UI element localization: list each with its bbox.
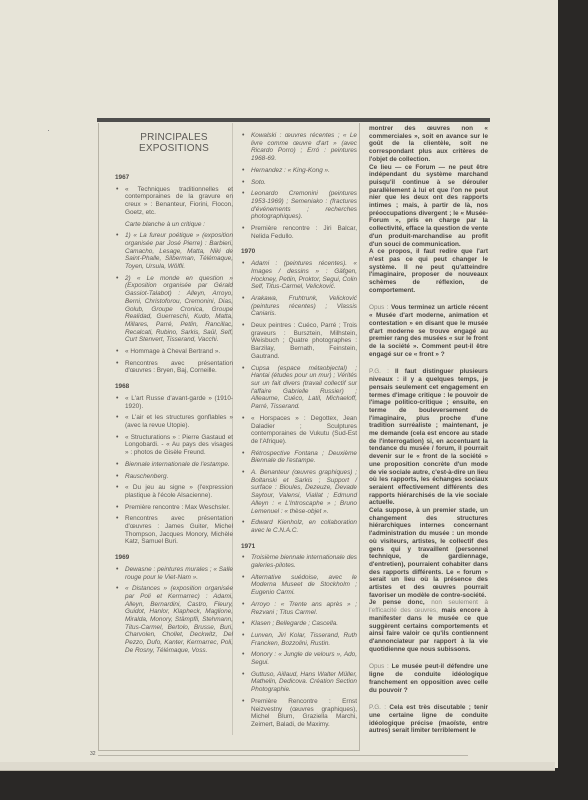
interview-answer: P.G. : Il faut distinguer plusieurs nive… bbox=[369, 368, 488, 507]
list-item: •« L'air et les structures gonflables » … bbox=[115, 414, 233, 429]
list-item: •Rauschenberg. bbox=[115, 473, 233, 481]
list-item: •Monory : « Jungle de velours », Ado, Se… bbox=[241, 651, 357, 666]
section-note: Carte blanche à un critique : bbox=[125, 221, 233, 229]
bullet-icon: • bbox=[242, 698, 244, 706]
list-item: •Leonardo Cremonini (peintures 1953-1969… bbox=[241, 190, 357, 221]
interview-answer: P.G. : Cela est très discutable ; tenir … bbox=[369, 704, 488, 735]
year-heading: 1968 bbox=[115, 383, 233, 391]
list-item: •Biennale internationale de l'estampe. bbox=[115, 461, 233, 469]
year-heading: 1969 bbox=[115, 554, 233, 562]
bullet-icon: • bbox=[242, 574, 244, 582]
list-item: •« Du jeu au signe » (l'expression plast… bbox=[115, 484, 233, 499]
interview-question: Opus : Le musée peut-il défendre une lig… bbox=[369, 663, 488, 694]
speaker-label: Opus : bbox=[369, 663, 389, 670]
bullet-icon: • bbox=[116, 348, 118, 356]
title-line-2: EXPOSITIONS bbox=[115, 143, 233, 154]
year-heading: 1971 bbox=[241, 543, 357, 551]
article-paragraph: Je pense donc, non seulement à l'efficac… bbox=[369, 599, 488, 653]
list-item: •« Distances » (exposition organisée par… bbox=[115, 585, 233, 654]
bullet-icon: • bbox=[116, 461, 118, 469]
bullet-icon: • bbox=[242, 295, 244, 303]
top-rule bbox=[97, 118, 490, 122]
year-heading: 1967 bbox=[115, 174, 233, 182]
article-paragraph: Ce lieu — ce Forum — ne peut être indépe… bbox=[369, 164, 488, 249]
list-item: •Deux peintres : Cuéco, Parré ; Trois gr… bbox=[241, 322, 357, 361]
bullet-icon: • bbox=[116, 434, 118, 442]
sidebar-title: PRINCIPALES EXPOSITIONS bbox=[115, 132, 233, 154]
speaker-label: P.G. : bbox=[369, 368, 389, 375]
bullet-icon: • bbox=[242, 132, 244, 140]
list-item: •Troisième biennale internationale des g… bbox=[241, 554, 357, 569]
bullet-icon: • bbox=[116, 504, 118, 512]
bullet-icon: • bbox=[242, 519, 244, 527]
bullet-icon: • bbox=[242, 554, 244, 562]
list-item: •« L'art Russe d'avant-garde » (1910-192… bbox=[115, 395, 233, 410]
bullet-icon: • bbox=[116, 515, 118, 523]
list-item: •Klasen ; Bellegarde ; Cascella. bbox=[241, 620, 357, 628]
bullet-icon: • bbox=[116, 275, 118, 283]
list-item: •Edward Kienholz, en collaboration avec … bbox=[241, 519, 357, 534]
bullet-icon: • bbox=[116, 484, 118, 492]
list-item: •Dewasne : peintures murales ; « Salle r… bbox=[115, 566, 233, 581]
list-item: •« Structurations » : Pierre Gastaud et … bbox=[115, 434, 233, 457]
interview-question: Opus : Vous terminez un article récent «… bbox=[369, 304, 488, 358]
list-item: •« Hommage à Cheval Bertrand ». bbox=[115, 348, 233, 356]
bullet-icon: • bbox=[116, 566, 118, 574]
bullet-icon: • bbox=[242, 365, 244, 373]
list-item: •A. Benanteur (œuvres graphiques) ; Bolt… bbox=[241, 469, 357, 515]
bullet-icon: • bbox=[116, 414, 118, 422]
sidebar-column-1: PRINCIPALES EXPOSITIONS 1967 •« Techniqu… bbox=[115, 132, 233, 659]
bullet-icon: • bbox=[242, 415, 244, 423]
title-line-1: PRINCIPALES bbox=[115, 132, 233, 143]
list-item: •Arroyo : « Trente ans après » ; Rezvani… bbox=[241, 601, 357, 616]
bullet-icon: • bbox=[116, 232, 118, 240]
bullet-icon: • bbox=[116, 473, 118, 481]
bullet-icon: • bbox=[242, 322, 244, 330]
sidebar-column-2: •Kowalski : œuvres récentes ; « Le livre… bbox=[241, 132, 357, 733]
bullet-icon: • bbox=[116, 186, 118, 194]
list-item: •2) « Le monde en question » (Exposition… bbox=[115, 275, 233, 344]
magazine-page: PRINCIPALES EXPOSITIONS 1967 •« Techniqu… bbox=[0, 0, 558, 768]
article-paragraph: Cela suppose, à un premier stade, un cha… bbox=[369, 507, 488, 599]
page-bottom-edge bbox=[0, 762, 555, 771]
list-item: •Rétrospective Fontana ; Deuxième Bienna… bbox=[241, 450, 357, 465]
bullet-icon: • bbox=[242, 620, 244, 628]
list-item: •Hernandez : « King-Kong ». bbox=[241, 167, 357, 175]
page-number: 32 bbox=[90, 751, 96, 757]
bullet-icon: • bbox=[242, 632, 244, 640]
bullet-icon: • bbox=[242, 190, 244, 198]
speaker-label: Opus : bbox=[369, 304, 389, 311]
bullet-icon: • bbox=[116, 585, 118, 593]
list-item: •Lunven, Jiri Kolar, Tisserand, Ruth Fra… bbox=[241, 632, 357, 647]
bullet-icon: • bbox=[242, 260, 244, 268]
bullet-icon: • bbox=[116, 360, 118, 368]
speaker-label: P.G. : bbox=[369, 704, 386, 711]
page-speck bbox=[48, 130, 49, 131]
list-item: •Cupsa (espace métaobjectal) ; Hantai (é… bbox=[241, 365, 357, 411]
bullet-icon: • bbox=[242, 167, 244, 175]
list-item: •Rencontres avec présentation d'œuvres :… bbox=[115, 515, 233, 546]
list-item: •Première Rencontre : Ernst Neizvestny (… bbox=[241, 698, 357, 729]
bullet-icon: • bbox=[242, 179, 244, 187]
bullet-icon: • bbox=[242, 651, 244, 659]
list-item: •Première rencontre : Max Weschsler. bbox=[115, 504, 233, 512]
list-item: •Guttuso, Aillaud, Hans Walter Müller, M… bbox=[241, 671, 357, 694]
list-item: •Rencontres avec présentation d'œuvres :… bbox=[115, 360, 233, 375]
list-item: •Adami : (peintures récentes). « Images … bbox=[241, 260, 357, 291]
bullet-icon: • bbox=[116, 395, 118, 403]
list-item: •Première rencontre : Jiri Balcar, Nelid… bbox=[241, 225, 357, 240]
bottom-rule bbox=[98, 755, 468, 756]
article-column: montrer des œuvres non « commerciales »,… bbox=[369, 125, 488, 735]
article-paragraph: montrer des œuvres non « commerciales »,… bbox=[369, 125, 488, 164]
bullet-icon: • bbox=[242, 469, 244, 477]
list-item: •« Techniques traditionnelles et contemp… bbox=[115, 186, 233, 217]
list-item: •1) « La fureur poétique » (exposition o… bbox=[115, 232, 233, 271]
list-item: •Soto. bbox=[241, 179, 357, 187]
bullet-icon: • bbox=[242, 450, 244, 458]
year-heading: 1970 bbox=[241, 248, 357, 256]
list-item: •Kowalski : œuvres récentes ; « Le livre… bbox=[241, 132, 357, 163]
list-item: •Alternative suédoise, avec le Moderna M… bbox=[241, 574, 357, 597]
bullet-icon: • bbox=[242, 671, 244, 679]
bullet-icon: • bbox=[242, 601, 244, 609]
bullet-icon: • bbox=[242, 225, 244, 233]
list-item: •Arakawa, Fruhtrunk, Velicković (peintur… bbox=[241, 295, 357, 318]
article-paragraph: A ce propos, il faut redire que l'art n'… bbox=[369, 248, 488, 294]
list-item: •« Horspaces » : Degottex, Jean Daladier… bbox=[241, 415, 357, 446]
